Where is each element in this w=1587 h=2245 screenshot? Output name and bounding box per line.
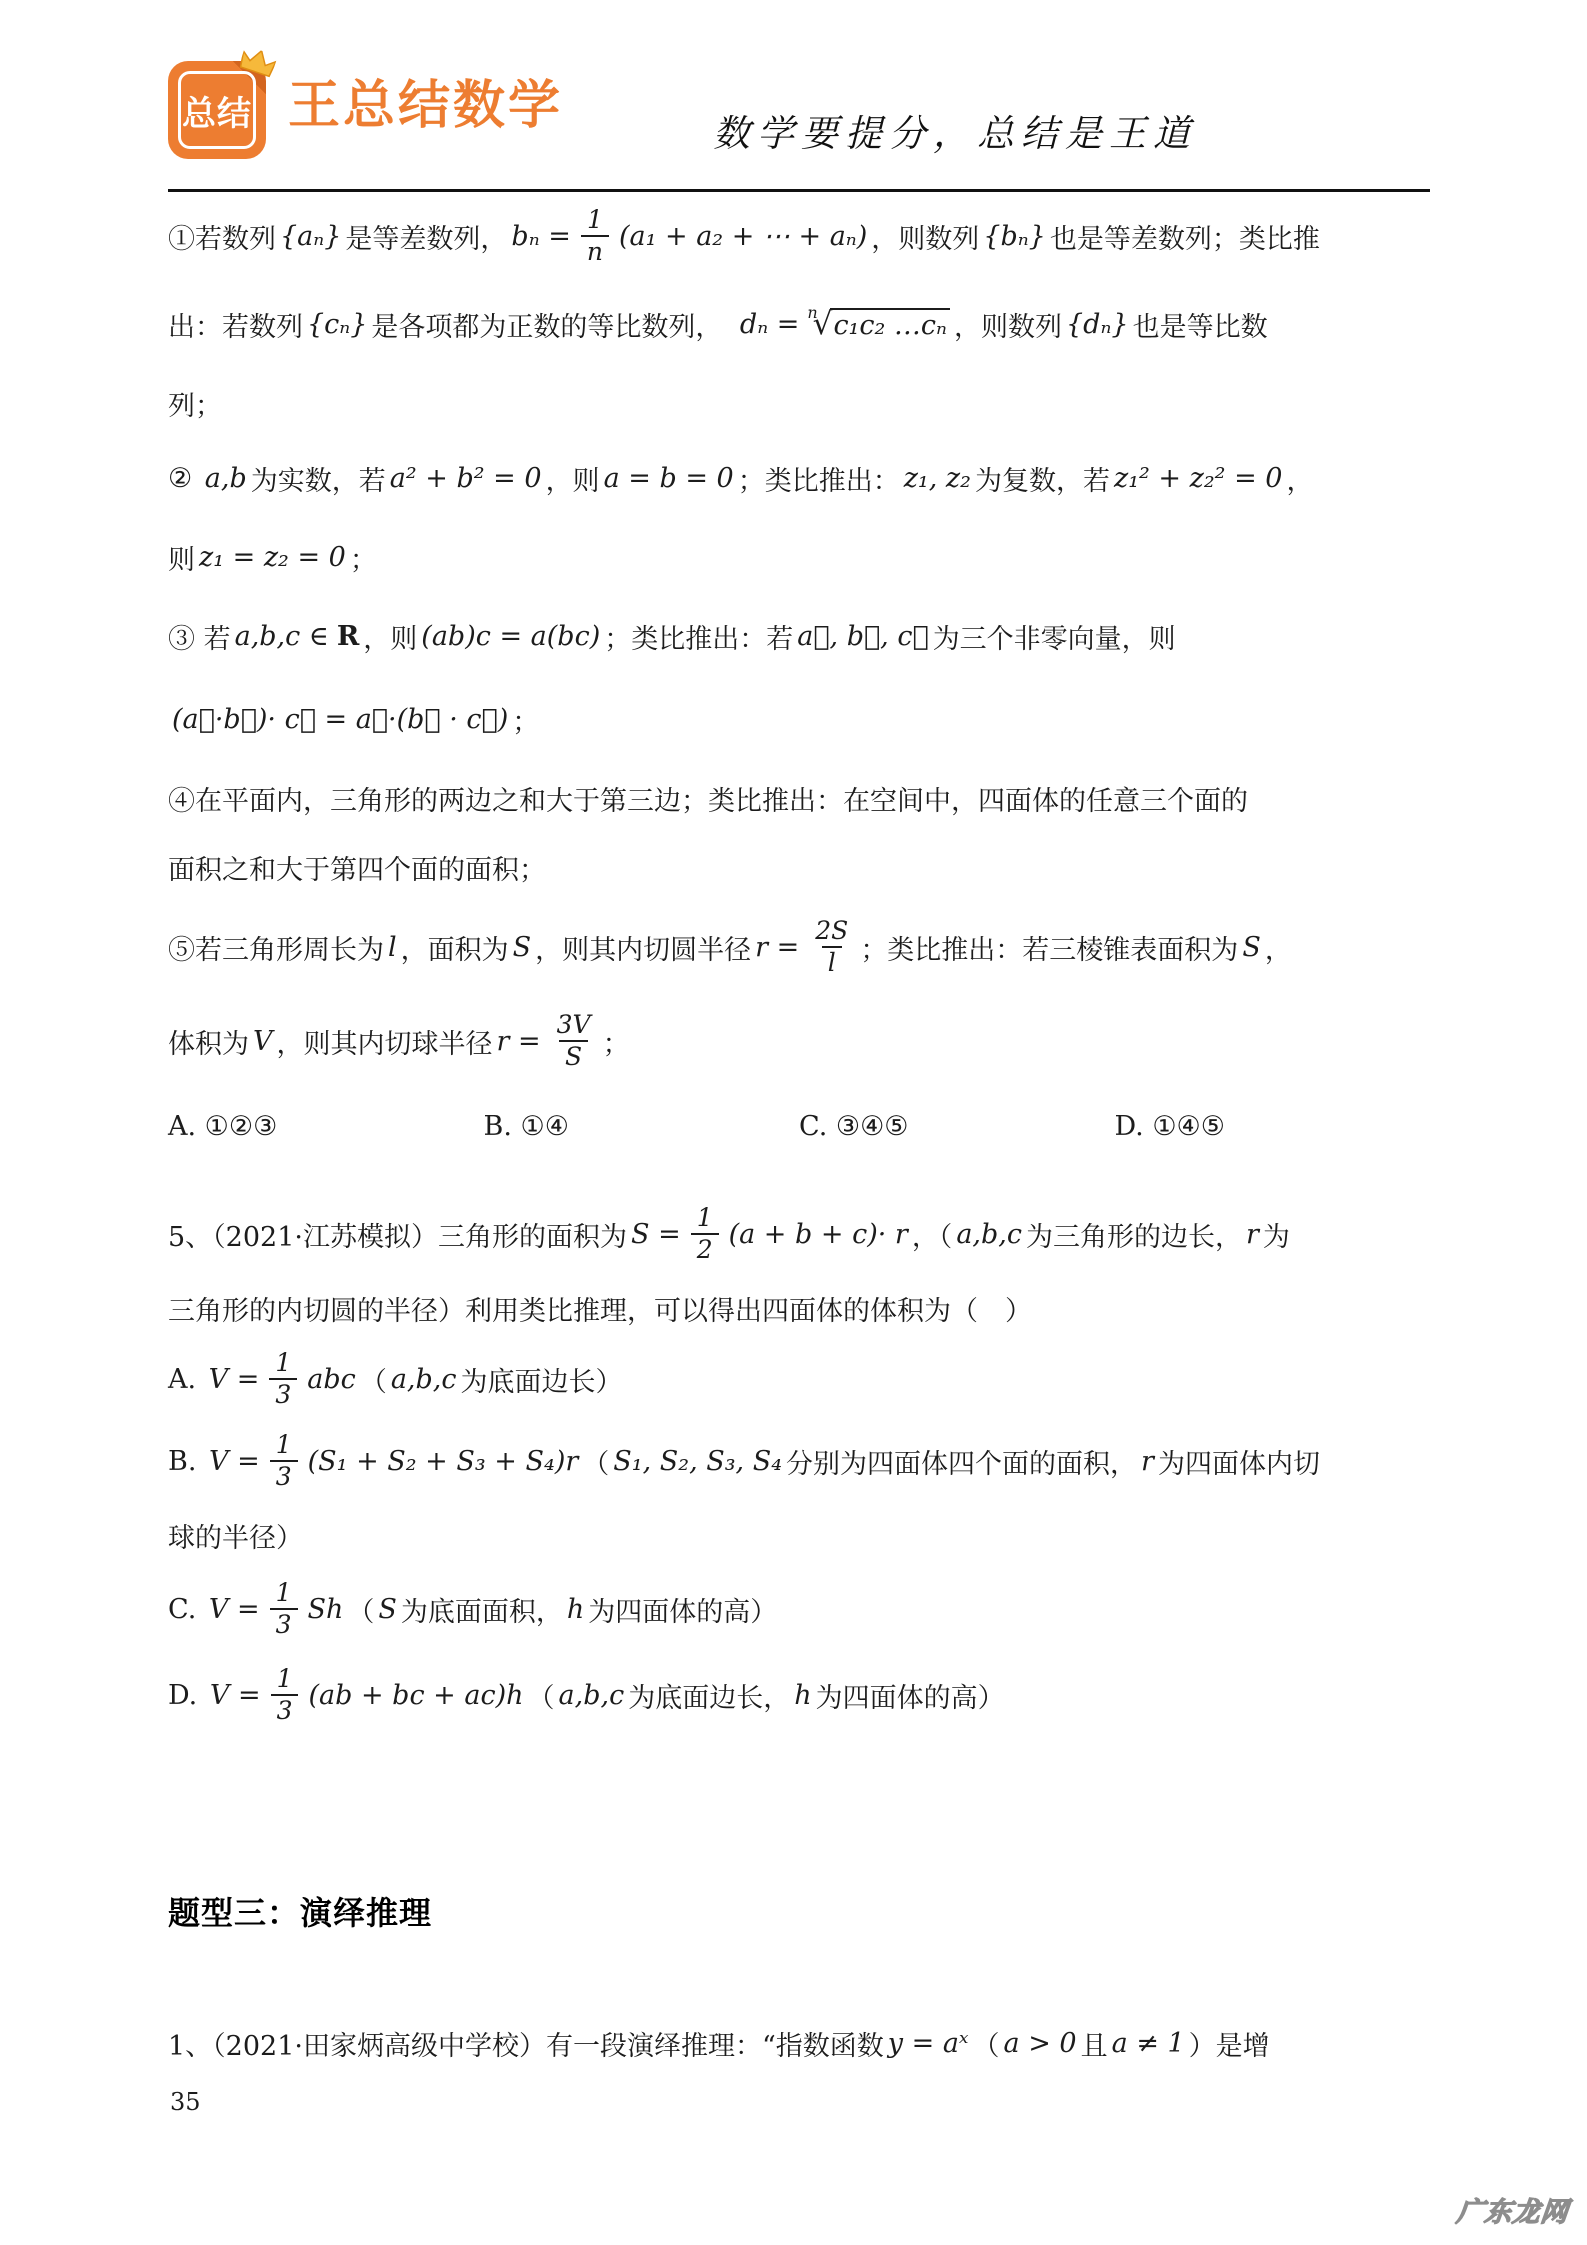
text-segment: 列； <box>168 384 222 423</box>
text-segment: ，则数列 <box>954 305 1062 344</box>
text-segment: V <box>253 1026 273 1057</box>
fraction: 13 <box>270 1578 298 1640</box>
crown-icon <box>235 41 280 90</box>
text-segment: a > 0 <box>1004 2028 1077 2059</box>
text-segment: S₁, S₂, S₃, S₄ <box>613 1446 782 1477</box>
text-segment: R <box>337 621 359 652</box>
q5-option-d: D. V =13(ab + bc + ac)h（a,b,c为底面边长，h为四面体… <box>168 1652 1430 1738</box>
items-block: ①若数列{aₙ}是等差数列，bₙ =1n(a₁ + a₂ + ⋯ + aₙ)，则… <box>168 192 1430 1088</box>
item2-line2: 则z₁ = z₂ = 0； <box>168 518 1430 596</box>
text-segment: 为底面面积， <box>401 1590 563 1629</box>
text-segment: S <box>378 1594 397 1625</box>
choices-row: A. ①②③ B. ①④ C. ③④⑤ D. ①④⑤ <box>168 1088 1430 1164</box>
text-segment: 体积为 <box>168 1022 249 1061</box>
text-segment: ，面积为 <box>401 928 509 967</box>
text-segment: 出：若数列 <box>168 305 303 344</box>
question-1-line1: 1、（2021·田家炳高级中学校）有一段演绎推理：“指数函数y = aˣ（a >… <box>168 2003 1430 2083</box>
text-segment: a² + b² = 0 <box>390 463 542 494</box>
item2-line1: ② a,b为实数，若a² + b² = 0，则a = b = 0；类比推出：z₁… <box>168 438 1430 518</box>
watermark: 广东龙网 <box>1455 2190 1571 2229</box>
text-segment: 为实数，若 <box>251 459 386 498</box>
text-segment: 为四面体内切 <box>1158 1442 1320 1481</box>
item5-line2: 体积为V，则其内切球半径r =3VS； <box>168 994 1430 1088</box>
text-segment: 为底面边长） <box>460 1360 622 1399</box>
text-segment: V = <box>209 1446 260 1477</box>
fraction: 13 <box>270 1430 298 1492</box>
item1-line3: 列； <box>168 368 1430 438</box>
q5-option-c: C. V =13Sh（S为底面面积，h为四面体的高） <box>168 1566 1430 1652</box>
text-segment: S = <box>631 1219 681 1250</box>
text-segment: ⑤若三角形周长为 <box>168 928 384 967</box>
page-number: 35 <box>170 2088 201 2116</box>
text-segment: (a₁ + a₂ + ⋯ + aₙ) <box>619 221 867 252</box>
text-segment: ，则 <box>363 617 417 656</box>
text-segment: z₁ = z₂ = 0 <box>199 542 346 573</box>
text-segment: 是等差数列， <box>345 217 507 256</box>
text-segment: dₙ = <box>740 309 799 340</box>
choice-b: B. ①④ <box>484 1111 800 1142</box>
text-segment: C. <box>168 1594 205 1625</box>
text-segment: （ <box>528 1676 555 1715</box>
text-segment: S <box>513 932 532 963</box>
text-segment: （ <box>347 1590 374 1629</box>
text-segment: (ab)c = a(bc) <box>421 621 600 652</box>
text-segment: ； <box>603 1022 630 1061</box>
text-segment: （ <box>973 2024 1000 2063</box>
text-segment: 三角形的内切圆的半径）利用类比推理，可以得出四面体的体积为（ ） <box>168 1289 1032 1328</box>
text-segment: a⃗, b⃗, c⃗ <box>797 621 928 652</box>
text-segment: 分别为四面体四个面的面积， <box>786 1442 1137 1481</box>
text-segment: abc <box>307 1364 356 1395</box>
text-segment: r = <box>497 1026 541 1057</box>
text-segment: h <box>794 1680 811 1711</box>
text-segment: S <box>1242 932 1261 963</box>
text-segment: ，（ <box>912 1215 953 1254</box>
text-segment: 为复数，若 <box>975 459 1110 498</box>
fraction: 12 <box>691 1203 719 1265</box>
choice-a: A. ①②③ <box>168 1111 484 1142</box>
fraction: 13 <box>271 1664 299 1726</box>
text-segment: ； <box>512 700 539 739</box>
text-segment: ， <box>1265 928 1292 967</box>
fraction: 2Sl <box>809 916 854 978</box>
text-segment: ；类比推出： <box>738 459 900 498</box>
text-segment: V = <box>210 1680 261 1711</box>
text-segment: {dₙ} <box>1066 309 1129 340</box>
item4-line1: ④在平面内，三角形的两边之和大于第三边；类比推出：在空间中，四面体的任意三个面的 <box>168 762 1430 834</box>
text-segment: (a⃗·b⃗)· c⃗ = a⃗·(b⃗ · c⃗) <box>172 704 508 735</box>
text-segment: ，则 <box>546 459 600 498</box>
text-segment: (S₁ + S₂ + S₃ + S₄)r <box>308 1446 579 1477</box>
choice-d: D. ①④⑤ <box>1115 1111 1431 1142</box>
header-tagline: 数学要提分，总结是王道 <box>713 103 1197 159</box>
item4-line2: 面积之和大于第四个面的面积； <box>168 834 1430 900</box>
text-segment: ①若数列 <box>168 217 276 256</box>
text-segment: ； <box>350 538 377 577</box>
text-segment: 球的半径） <box>168 1516 303 1555</box>
text-segment: ， <box>1286 459 1313 498</box>
logo-badge: 总结 <box>168 61 266 159</box>
text-segment: h <box>567 1594 584 1625</box>
fraction: 3VS <box>551 1010 597 1072</box>
text-segment: 1、（2021·田家炳高级中学校）有一段演绎推理：“指数函数 <box>168 2024 884 2063</box>
text-segment: D. <box>168 1680 206 1711</box>
text-segment: {bₙ} <box>983 221 1046 252</box>
text-segment: a,b <box>205 463 247 494</box>
logo-text: 王总结数学 <box>288 80 563 140</box>
q5-option-b-cont: 球的半径） <box>168 1504 1430 1566</box>
text-segment: a,b,c ∈ <box>235 621 329 652</box>
text-segment: z₁, z₂ <box>904 463 971 494</box>
text-segment: (a + b + c)· r <box>729 1219 908 1250</box>
item1-line1: ①若数列{aₙ}是等差数列，bₙ =1n(a₁ + a₂ + ⋯ + aₙ)，则… <box>168 192 1430 280</box>
text-segment: B. <box>168 1446 205 1477</box>
text-segment: V = <box>209 1364 260 1395</box>
choice-c: C. ③④⑤ <box>799 1111 1115 1142</box>
q5-line1: 5、（2021·江苏模拟）三角形的面积为S =12(a + b + c)· r，… <box>168 1192 1430 1276</box>
q5-option-b: B. V =13(S₁ + S₂ + S₃ + S₄)r（S₁, S₂, S₃,… <box>168 1418 1430 1504</box>
brand-logo: 总结 王总结数学 <box>168 61 563 159</box>
item3-line1: ③ 若a,b,c ∈R，则(ab)c = a(bc)；类比推出：若a⃗, b⃗,… <box>168 596 1430 676</box>
text-segment: ）是增 <box>1189 2024 1270 2063</box>
text-segment: a,b,c <box>559 1680 625 1711</box>
item3-line2: (a⃗·b⃗)· c⃗ = a⃗·(b⃗ · c⃗)； <box>168 676 1430 762</box>
text-segment: r = <box>755 932 799 963</box>
text-segment: 是各项都为正数的等比数列， <box>371 305 736 344</box>
text-segment: Sh <box>308 1594 344 1625</box>
text-segment: 5、（2021·江苏模拟）三角形的面积为 <box>168 1215 627 1254</box>
text-segment: bₙ = <box>511 221 570 252</box>
logo-badge-text: 总结 <box>182 86 252 135</box>
text-segment: a,b,c <box>956 1219 1022 1250</box>
text-segment: a = b = 0 <box>604 463 734 494</box>
text-segment: z₁² + z₂² = 0 <box>1114 463 1283 494</box>
text-segment: y = aˣ <box>888 2028 969 2059</box>
item1-line2: 出：若数列{cₙ}是各项都为正数的等比数列， dₙ =n√c₁c₂ …cₙ，则数… <box>168 280 1430 368</box>
text-segment: 也是等差数列；类比推 <box>1050 217 1320 256</box>
text-segment: r <box>1141 1446 1154 1477</box>
text-segment: （ <box>582 1442 609 1481</box>
text-segment: ，则数列 <box>871 217 979 256</box>
document-page: 总结 王总结数学 数学要提分，总结是王道 ①若数列{aₙ}是等差数列，bₙ =1… <box>0 0 1587 2245</box>
q5-line2: 三角形的内切圆的半径）利用类比推理，可以得出四面体的体积为（ ） <box>168 1276 1430 1340</box>
text-segment: 为四面体的高） <box>588 1590 777 1629</box>
text-segment: 且 <box>1081 2024 1108 2063</box>
text-segment: 也是等比数 <box>1133 305 1268 344</box>
text-segment: ，则其内切圆半径 <box>535 928 751 967</box>
text-segment: a ≠ 1 <box>1112 2028 1185 2059</box>
text-segment: ③ 若 <box>168 617 231 656</box>
text-segment: 为 <box>1263 1215 1290 1254</box>
text-segment: 为底面边长， <box>628 1676 790 1715</box>
text-segment: ② <box>168 463 201 494</box>
text-segment: {cₙ} <box>307 309 367 340</box>
item5-line1: ⑤若三角形周长为l，面积为S，则其内切圆半径r =2Sl；类比推出：若三棱锥表面… <box>168 900 1430 994</box>
text-segment: ，则其内切球半径 <box>277 1022 493 1061</box>
nth-root: n√c₁c₂ …cₙ <box>807 306 950 342</box>
text-segment: a,b,c <box>391 1364 457 1395</box>
text-segment: (ab + bc + ac)h <box>308 1680 523 1711</box>
text-segment: 则 <box>168 538 195 577</box>
page-header: 总结 王总结数学 数学要提分，总结是王道 <box>168 0 1430 192</box>
text-segment: V = <box>209 1594 260 1625</box>
text-segment: 为三角形的边长， <box>1026 1215 1242 1254</box>
question-5: 5、（2021·江苏模拟）三角形的面积为S =12(a + b + c)· r，… <box>168 1192 1430 1738</box>
text-segment: l <box>388 932 397 963</box>
text-segment: 为四面体的高） <box>816 1676 1005 1715</box>
text-segment: 为三个非零向量，则 <box>933 617 1176 656</box>
text-segment: ；类比推出：若 <box>604 617 793 656</box>
fraction: 1n <box>581 205 609 267</box>
text-segment: r <box>1246 1219 1259 1250</box>
text-segment: ④在平面内，三角形的两边之和大于第三边；类比推出：在空间中，四面体的任意三个面的 <box>168 779 1248 818</box>
text-segment: {aₙ} <box>280 221 341 252</box>
text-segment: （ <box>360 1360 387 1399</box>
text-segment: ；类比推出：若三棱锥表面积为 <box>860 928 1238 967</box>
text-segment: 面积之和大于第四个面的面积； <box>168 848 546 887</box>
text-segment: A. <box>168 1364 205 1395</box>
section-title: 题型三：演绎推理 <box>168 1883 1430 1939</box>
q5-option-a: A. V =13abc（a,b,c为底面边长） <box>168 1340 1430 1418</box>
fraction: 13 <box>269 1348 297 1410</box>
